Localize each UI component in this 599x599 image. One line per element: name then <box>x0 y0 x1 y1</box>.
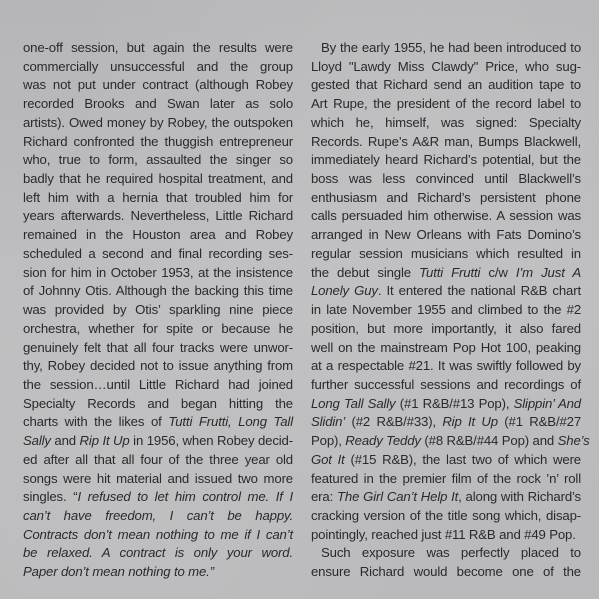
italic-title-text: The Girl Can’t Help It <box>337 489 458 504</box>
document-page: one-off session, but again the results w… <box>0 0 599 599</box>
italic-title-text: Paper don’t mean nothing to me.” <box>23 564 214 579</box>
text-line: commercially unsuccessful and the group <box>23 58 293 77</box>
italic-title-text: Tutti Frutti, Long Tall <box>168 414 293 429</box>
text-line: enthusiasm and Richard’s persistent phon… <box>311 189 581 208</box>
text-line: further successful sessions and recordin… <box>311 376 581 395</box>
text-line: Richard confronted the thuggish entrepre… <box>23 133 293 152</box>
body-text: Richard confronted the thuggish entrepre… <box>23 134 293 149</box>
body-text: of Johnny Otis. Although the backing thi… <box>23 283 293 298</box>
italic-title-text: Rip It Up <box>442 414 498 429</box>
body-text: cracking version of the title song which… <box>311 508 581 523</box>
italic-title-text: Long Tall Sally <box>311 396 396 411</box>
text-line: charts with the likes of Tutti Frutti, L… <box>23 413 293 432</box>
body-text: songs were hit material and issued two m… <box>23 471 293 486</box>
text-line: be relaxed. A contract is only your word… <box>23 544 293 563</box>
text-line: Sally and Rip It Up in 1956, when Robey … <box>23 432 293 451</box>
right-column: By the early 1955, he had been introduce… <box>311 39 581 582</box>
body-text: and <box>51 433 80 448</box>
italic-title-text: Got It <box>311 452 345 467</box>
text-line: boss was less convinced until Blackwell’… <box>311 170 581 189</box>
text-line: years afterwards. Nevertheless, Little R… <box>23 207 293 226</box>
body-text: charts with the likes of <box>23 414 168 429</box>
italic-title-text: Slidin’ <box>311 414 345 429</box>
body-text: , along with Richard’s <box>458 489 581 504</box>
body-text: Such exposure was perfectly placed to <box>321 545 581 560</box>
text-line: era: The Girl Can’t Help It, along with … <box>311 488 581 507</box>
text-line: the debut single Tutti Frutti c/w I’m Ju… <box>311 264 581 283</box>
body-text: well on the mainstream Pop Hot 100, peak… <box>311 340 581 355</box>
text-line: of Johnny Otis. Although the backing thi… <box>23 282 293 301</box>
body-text: was not put under contract (although Rob… <box>23 77 293 92</box>
text-line: Slidin’ (#2 R&B/#33), Rip It Up (#1 R&B/… <box>311 413 581 432</box>
text-line: which he, himself, was signed: Specialty <box>311 114 581 133</box>
text-line: at a respectable #21. It was swiftly fol… <box>311 357 581 376</box>
body-text: ed after all that all four of the three … <box>23 452 293 467</box>
italic-title-text: I refused to let him control me. If I <box>77 489 293 504</box>
body-text: By the early 1955, he had been introduce… <box>321 40 581 55</box>
body-text: c/w <box>480 265 516 280</box>
body-text: regular session musicians which resulted… <box>311 246 581 261</box>
body-text: left him with a hernia that troubled him… <box>23 190 293 205</box>
body-text: arranged in New Orleans with Fats Domino… <box>311 227 581 242</box>
body-text: era: <box>311 489 337 504</box>
text-line: one-off session, but again the results w… <box>23 39 293 58</box>
body-text: was provided by Otis’ sparkling nine pie… <box>23 302 293 317</box>
text-line: Pop), Ready Teddy (#8 R&B/#44 Pop) and S… <box>311 432 581 451</box>
text-line: ed after all that all four of the three … <box>23 451 293 470</box>
body-text: sion for him in October 1953, at the ins… <box>23 265 293 280</box>
text-line: Such exposure was perfectly placed to <box>311 544 581 563</box>
text-line: was not put under contract (although Rob… <box>23 76 293 95</box>
body-text: . It entered the national R&B chart <box>378 283 581 298</box>
text-line: Paper don’t mean nothing to me.” <box>23 563 293 582</box>
text-line: genuinely felt that all four tracks were… <box>23 339 293 358</box>
text-line: Long Tall Sally (#1 R&B/#13 Pop), Slippi… <box>311 395 581 414</box>
italic-title-text: Ready Teddy <box>345 433 421 448</box>
body-text: years afterwards. Nevertheless, Little R… <box>23 208 293 223</box>
body-text: further successful sessions and recordin… <box>311 377 581 392</box>
text-line: By the early 1955, he had been introduce… <box>311 39 581 58</box>
body-text: immediately heard Richard’s potential, b… <box>311 152 581 167</box>
text-line: was provided by Otis’ sparkling nine pie… <box>23 301 293 320</box>
text-line: songs were hit material and issued two m… <box>23 470 293 489</box>
body-text: commercially unsuccessful and the group <box>23 59 293 74</box>
text-line: in late November 1955 and climbed to the… <box>311 301 581 320</box>
body-text: badly that he required hospital treatmen… <box>23 171 293 186</box>
body-text: Records. Rupe’s A&R man, Bumps Blackwell… <box>311 134 581 149</box>
body-text: (#1 R&B/#27 <box>498 414 581 429</box>
text-line: left him with a hernia that troubled him… <box>23 189 293 208</box>
text-line: well on the mainstream Pop Hot 100, peak… <box>311 339 581 358</box>
body-text: scheduled a second and final recording s… <box>23 246 293 261</box>
italic-title-text: Rip It Up <box>80 433 130 448</box>
text-line: Lloyd "Lawdy Miss Clawdy" Price, who sug… <box>311 58 581 77</box>
body-text: in late November 1955 and climbed to the… <box>311 302 581 317</box>
body-text: (#2 R&B/#33), <box>345 414 442 429</box>
text-line: can’t have freedom, I can’t be happy. <box>23 507 293 526</box>
body-text: in 1956, when Robey decid- <box>130 433 293 448</box>
body-text: boss was less convinced until Blackwell’… <box>311 171 581 186</box>
text-line: ensure Richard would become one of the <box>311 563 581 582</box>
body-text: at a respectable #21. It was swiftly fol… <box>311 358 581 373</box>
text-line: immediately heard Richard’s potential, b… <box>311 151 581 170</box>
text-line: pointingly, reached just #11 R&B and #49… <box>311 526 581 545</box>
text-line: Art Rupe, the president of the record la… <box>311 95 581 114</box>
body-text: recorded Brooks and Swan later as solo <box>23 96 293 111</box>
text-line: Contracts don’t mean nothing to me if I … <box>23 526 293 545</box>
text-line: thy, Robey decided not to issue anything… <box>23 357 293 376</box>
text-line: scheduled a second and final recording s… <box>23 245 293 264</box>
body-text: (#15 R&B), the last two of which were <box>345 452 581 467</box>
body-text: Specialty Records and began hitting the <box>23 396 293 411</box>
body-text: (#1 R&B/#13 Pop), <box>396 396 514 411</box>
text-line: Got It (#15 R&B), the last two of which … <box>311 451 581 470</box>
body-text: (#8 R&B/#44 Pop) and <box>421 433 558 448</box>
italic-title-text: Lonely Guy <box>311 283 378 298</box>
text-line: the session…until Little Richard had joi… <box>23 376 293 395</box>
body-text: gested that Richard send an audition tap… <box>311 77 581 92</box>
body-text: remained in the Houston area and Robey <box>23 227 293 242</box>
text-line: Specialty Records and began hitting the <box>23 395 293 414</box>
body-text: the debut single <box>311 265 419 280</box>
body-text: ensure Richard would become one of the <box>311 564 581 579</box>
body-text: thy, Robey decided not to issue anything… <box>23 358 293 373</box>
body-text: featured in the premier film of the rock… <box>311 471 581 486</box>
text-line: position, but more importantly, it also … <box>311 320 581 339</box>
italic-title-text: Tutti Frutti <box>419 265 480 280</box>
body-text: calls persuaded him otherwise. A session… <box>311 208 581 223</box>
text-line: calls persuaded him otherwise. A session… <box>311 207 581 226</box>
body-text: artists). Owed money by Robey, the outsp… <box>23 115 293 130</box>
text-line: recorded Brooks and Swan later as solo <box>23 95 293 114</box>
text-line: singles. “I refused to let him control m… <box>23 488 293 507</box>
text-line: orchestra, whether for spite or because … <box>23 320 293 339</box>
body-text: Lloyd "Lawdy Miss Clawdy" Price, who sug… <box>311 59 581 74</box>
body-text: enthusiasm and Richard’s persistent phon… <box>311 190 581 205</box>
body-text: Pop), <box>311 433 345 448</box>
italic-title-text: I’m Just A <box>516 265 581 280</box>
body-text: which he, himself, was signed: Specialty <box>311 115 581 130</box>
text-line: cracking version of the title song which… <box>311 507 581 526</box>
text-line: arranged in New Orleans with Fats Domino… <box>311 226 581 245</box>
body-text: orchestra, whether for spite or because … <box>23 321 293 336</box>
italic-title-text: Contracts don’t mean nothing to me if I … <box>23 527 293 542</box>
text-line: badly that he required hospital treatmen… <box>23 170 293 189</box>
text-line: remained in the Houston area and Robey <box>23 226 293 245</box>
text-line: Lonely Guy. It entered the national R&B … <box>311 282 581 301</box>
text-line: artists). Owed money by Robey, the outsp… <box>23 114 293 133</box>
body-text: one-off session, but again the results w… <box>23 40 293 55</box>
text-line: gested that Richard send an audition tap… <box>311 76 581 95</box>
body-text: genuinely felt that all four tracks were… <box>23 340 293 355</box>
italic-title-text: can’t have freedom, I can’t be happy. <box>23 508 293 523</box>
text-line: regular session musicians which resulted… <box>311 245 581 264</box>
text-line: sion for him in October 1953, at the ins… <box>23 264 293 283</box>
body-text: the session…until Little Richard had joi… <box>23 377 293 392</box>
body-text: Art Rupe, the president of the record la… <box>311 96 581 111</box>
italic-title-text: be relaxed. A contract is only your word… <box>23 545 293 560</box>
text-line: Records. Rupe’s A&R man, Bumps Blackwell… <box>311 133 581 152</box>
text-line: who, true to form, assaulted the singer … <box>23 151 293 170</box>
italic-title-text: Slippin’ And <box>514 396 581 411</box>
left-column: one-off session, but again the results w… <box>23 39 293 582</box>
italic-title-text: Sally <box>23 433 51 448</box>
body-text: pointingly, reached just #11 R&B and #49… <box>311 527 576 542</box>
italic-title-text: She’s <box>558 433 590 448</box>
body-text: singles. “ <box>23 489 77 504</box>
text-line: featured in the premier film of the rock… <box>311 470 581 489</box>
body-text: position, but more importantly, it also … <box>311 321 581 336</box>
body-text: who, true to form, assaulted the singer … <box>23 152 293 167</box>
